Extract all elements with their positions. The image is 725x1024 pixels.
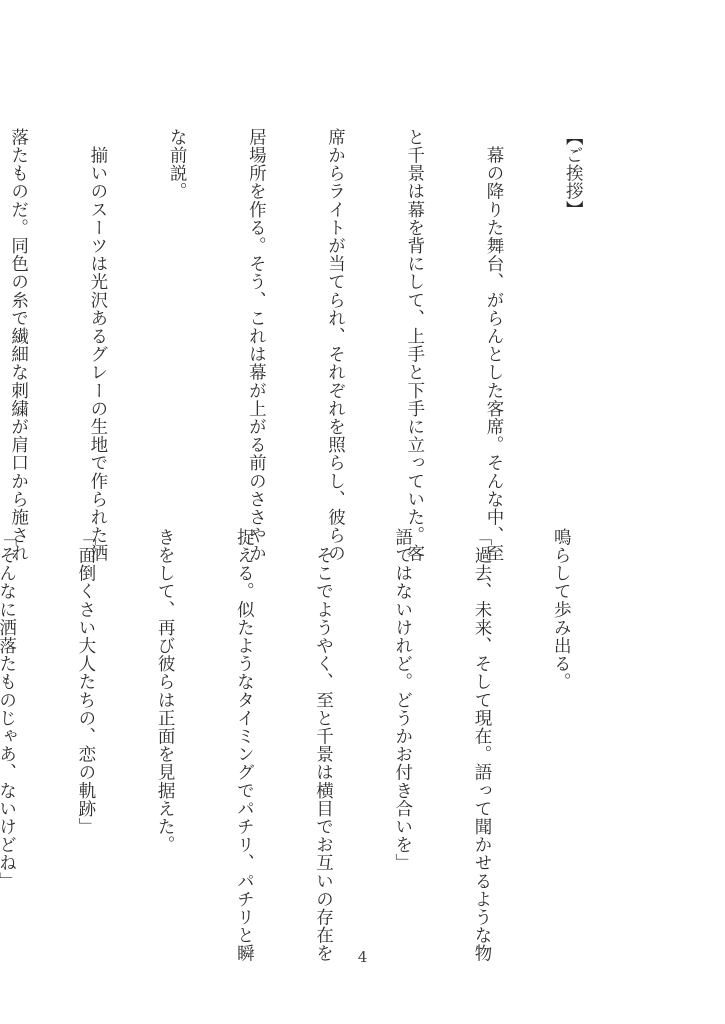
text-column: 捉える。似たようなタイミングでパチリ、パチリと瞬 xyxy=(231,528,257,900)
text-column: 「面倒くさい大人たちの、恋の軌跡」 xyxy=(72,528,98,900)
text-column: 「そんなに洒落たものじゃあ、ないけどね」 xyxy=(0,528,20,900)
text-column: 揃いのスーツは光沢あるグレーの生地で作られた洒 xyxy=(84,128,110,500)
text-column: 席からライトが当てられ、それぞれを照らし、彼らの xyxy=(322,128,348,500)
lower-text-block: 鳴らして歩み出る。 「過去、未来、そして現在。語って聞かせるような物 語ではない… xyxy=(0,528,627,900)
text-column: 落たものだ。同色の糸で繊細な刺繍が肩口から施され xyxy=(5,128,31,500)
text-column: な前説。 xyxy=(164,128,190,500)
text-column: 「過去、未来、そして現在。語って聞かせるような物 xyxy=(469,528,495,900)
text-column: きをして、再び彼らは正面を見据えた。 xyxy=(152,528,178,900)
text-column: そこでようやく、至と千景は横目でお互いの存在を xyxy=(310,528,336,900)
text-column: と千景は幕を背にして、上手と下手に立っていた。客 xyxy=(401,128,427,500)
text-column: 居場所を作る。そう、これは幕が上がる前のささやか xyxy=(243,128,269,500)
text-column: 鳴らして歩み出る。 xyxy=(548,528,574,900)
section-heading: 【ご挨拶】 xyxy=(560,128,586,500)
book-page: 【ご挨拶】 幕の降りた舞台、がらんとした客席。そんな中、至 と千景は幕を背にして… xyxy=(0,0,725,1024)
text-column: 幕の降りた舞台、がらんとした客席。そんな中、至 xyxy=(481,128,507,500)
text-column: 語ではないけれど。どうかお付き合いを」 xyxy=(389,528,415,900)
upper-text-block: 【ご挨拶】 幕の降りた舞台、がらんとした客席。そんな中、至 と千景は幕を背にして… xyxy=(0,128,639,500)
page-number: 4 xyxy=(0,948,725,966)
